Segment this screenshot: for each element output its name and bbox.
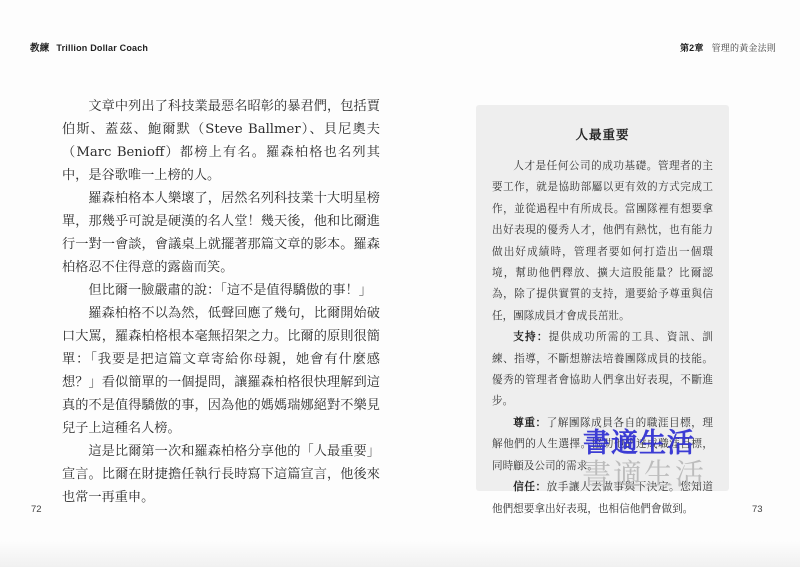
running-head: 教練Trillion Dollar Coach 第2章管理的黃金法則 (30, 40, 776, 54)
principle-support-label: 支持： (513, 331, 548, 343)
left-page-text: 文章中列出了科技業最惡名昭彰的暴君們，包括賈伯斯、蓋茲、鮑爾默（Steve Ba… (62, 95, 380, 509)
chapter-label: 第2章 (680, 43, 704, 53)
running-head-right: 第2章管理的黃金法則 (680, 41, 776, 54)
running-head-left: 教練Trillion Dollar Coach (30, 40, 148, 54)
paragraph-2: 羅森柏格本人樂壞了，居然名列科技業十大明星榜單，那幾乎可說是硬漢的名人堂！幾天後… (62, 187, 380, 279)
box-title: 人最重要 (492, 125, 713, 143)
principle-trust-label: 信任： (513, 481, 546, 493)
principle-respect-label: 尊重： (513, 417, 546, 429)
chapter-title: 管理的黃金法則 (712, 43, 776, 53)
watermark-gray: 書適生活 (582, 452, 706, 493)
paragraph-4: 羅森柏格不以為然，低聲回應了幾句，比爾開始破口大罵，羅森柏格根本毫無招架之力。比… (62, 302, 380, 440)
box-intro: 人才是任何公司的成功基礎。管理者的主要工作，就是協助部屬以更有效的方式完成工作，… (492, 156, 713, 327)
book-title-en: Trillion Dollar Coach (56, 43, 148, 53)
paragraph-5: 這是比爾第一次和羅森柏格分享他的「人最重要」宣言。比爾在財捷擔任執行長時寫下這篇… (62, 440, 380, 509)
paragraph-1: 文章中列出了科技業最惡名昭彰的暴君們，包括賈伯斯、蓋茲、鮑爾默（Steve Ba… (62, 95, 380, 187)
page-number-right: 73 (752, 504, 763, 515)
page-number-left: 72 (31, 504, 42, 515)
principle-support: 支持：提供成功所需的工具、資訊、訓練、指導，不斷想辦法培養團隊成員的技能。優秀的… (492, 327, 713, 413)
paragraph-3: 但比爾一臉嚴肅的說：「這不是值得驕傲的事！」 (62, 279, 380, 302)
book-title-zh: 教練 (30, 43, 49, 54)
scan-edge-shadow (0, 541, 800, 567)
